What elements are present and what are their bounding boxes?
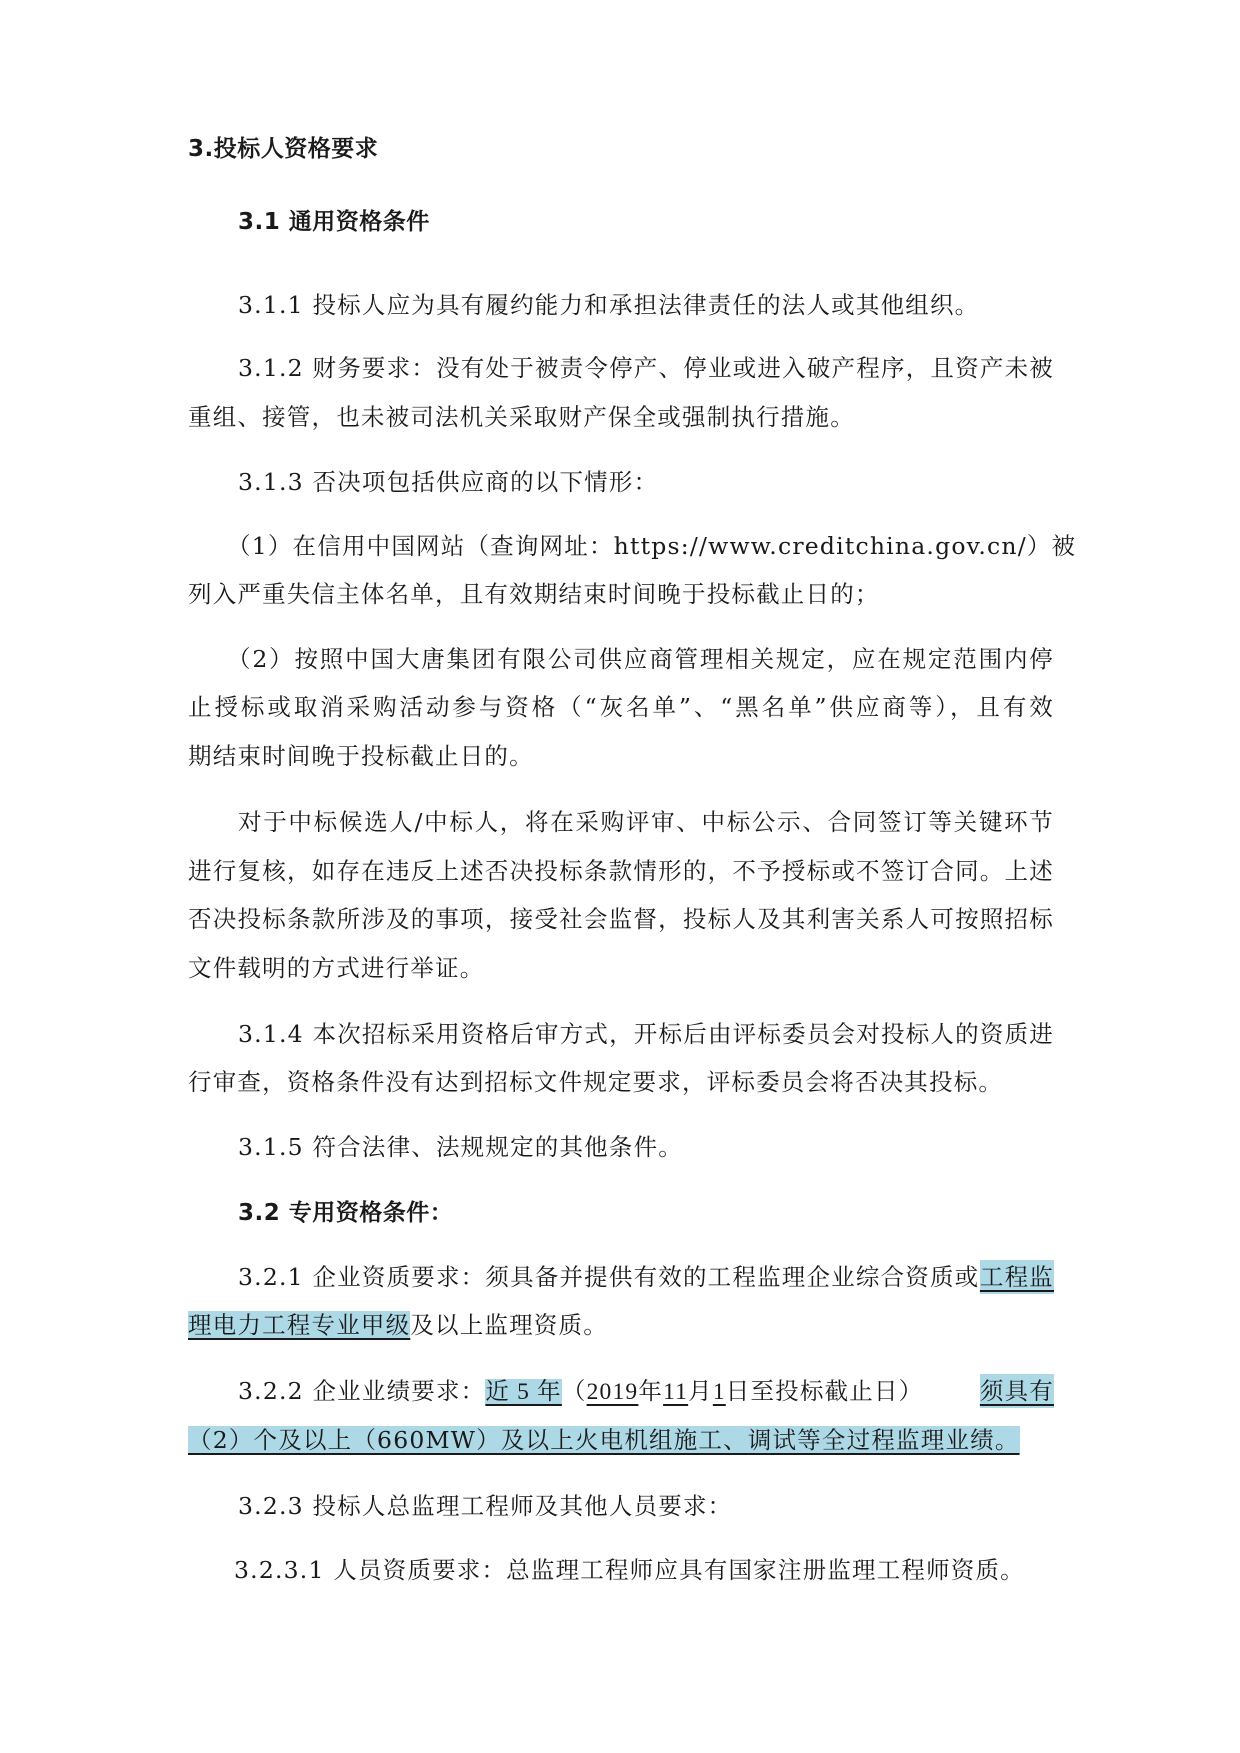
paren-open: （	[562, 1377, 587, 1405]
day-suffix: 日至投标截止日）	[726, 1377, 924, 1405]
paragraph-3-2-2-line2: （2）个及以上（660MW）及以上火电机组施工、调试等全过程监理业绩。	[188, 1423, 1020, 1457]
highlight-performance-requirement: （2）个及以上（660MW）及以上火电机组施工、调试等全过程监理业绩。	[188, 1426, 1020, 1454]
paragraph-3-2-3-1: 3.2.3.1 人员资质要求：总监理工程师应具有国家注册监理工程师资质。	[234, 1553, 1025, 1587]
section-heading-3-1: 3.1 通用资格条件	[238, 205, 430, 239]
paragraph-3-2-2-prefix: 3.2.2 企业业绩要求：	[238, 1377, 485, 1405]
highlight-qualification-part2: 理电力工程专业甲级	[188, 1311, 410, 1339]
paragraph-3-2-2-line1: 3.2.2 企业业绩要求：近 5 年（2019年11月1日至投标截止日）须具有	[238, 1374, 1054, 1409]
review-paragraph-line4: 文件载明的方式进行举证。	[188, 951, 484, 985]
review-paragraph-line3: 否决投标条款所涉及的事项，接受社会监督，投标人及其利害关系人可按照招标	[188, 902, 1054, 936]
case-1-line2: 列入严重失信主体名单，且有效期结束时间晚于投标截止日的；	[188, 577, 880, 611]
highlight-qualification-part1: 工程监	[980, 1260, 1054, 1294]
review-paragraph-line2: 进行复核，如存在违反上述否决投标条款情形的，不予授标或不签订合同。上述	[188, 854, 1054, 888]
paragraph-3-1-2-line1: 3.1.2 财务要求：没有处于被责令停产、停业或进入破产程序，且资产未被	[238, 351, 1054, 385]
paragraph-3-2-1-prefix: 3.2.1 企业资质要求：须具备并提供有效的工程监理企业综合资质或	[238, 1263, 979, 1291]
paragraph-3-2-1-line1: 3.2.1 企业资质要求：须具备并提供有效的工程监理企业综合资质或 工程监	[238, 1260, 1054, 1294]
month-unit: 月	[688, 1377, 713, 1405]
year-unit: 年	[638, 1377, 663, 1405]
section-heading-3-2: 3.2 专用资格条件：	[238, 1196, 453, 1230]
paragraph-3-2-1-suffix: 及以上监理资质。	[410, 1311, 608, 1339]
document-page: 3.投标人资格要求 3.1 通用资格条件 3.1.1 投标人应为具有履约能力和承…	[0, 0, 1240, 1753]
start-day: 1	[713, 1379, 726, 1405]
paragraph-3-1-3: 3.1.3 否决项包括供应商的以下情形：	[238, 465, 658, 499]
highlight-recent-years: 近 5 年	[485, 1379, 562, 1405]
case-2-line3: 期结束时间晚于投标截止日的。	[188, 739, 534, 773]
paragraph-3-1-5: 3.1.5 符合法律、法规规定的其他条件。	[238, 1130, 683, 1164]
paragraph-3-2-1-line2: 理电力工程专业甲级及以上监理资质。	[188, 1308, 608, 1342]
paragraph-3-1-1: 3.1.1 投标人应为具有履约能力和承担法律责任的法人或其他组织。	[238, 288, 979, 322]
case-2-line1: （2）按照中国大唐集团有限公司供应商管理相关规定，应在规定范围内停	[227, 642, 1054, 676]
section-heading-3: 3.投标人资格要求	[188, 132, 378, 166]
start-year: 2019	[587, 1379, 639, 1405]
paragraph-3-1-2-line2: 重组、接管，也未被司法机关采取财产保全或强制执行措施。	[188, 400, 855, 434]
case-1-line1: （1）在信用中国网站（查询网址：https://www.creditchina.…	[227, 529, 1054, 563]
case-2-line2: 止授标或取消采购活动参与资格（“灰名单”、“黑名单”供应商等），且有效	[188, 690, 1054, 724]
paragraph-3-2-3: 3.2.3 投标人总监理工程师及其他人员要求：	[238, 1489, 732, 1523]
start-month: 11	[663, 1379, 688, 1405]
paragraph-3-1-4-line2: 行审查，资格条件没有达到招标文件规定要求，评标委员会将否决其投标。	[188, 1065, 1003, 1099]
review-paragraph-line1: 对于中标候选人/中标人，将在采购评审、中标公示、合同签订等关键环节	[238, 805, 1054, 839]
highlight-requirement-start: 须具有	[980, 1374, 1054, 1408]
paragraph-3-1-4-line1: 3.1.4 本次招标采用资格后审方式，开标后由评标委员会对投标人的资质进	[238, 1017, 1054, 1051]
